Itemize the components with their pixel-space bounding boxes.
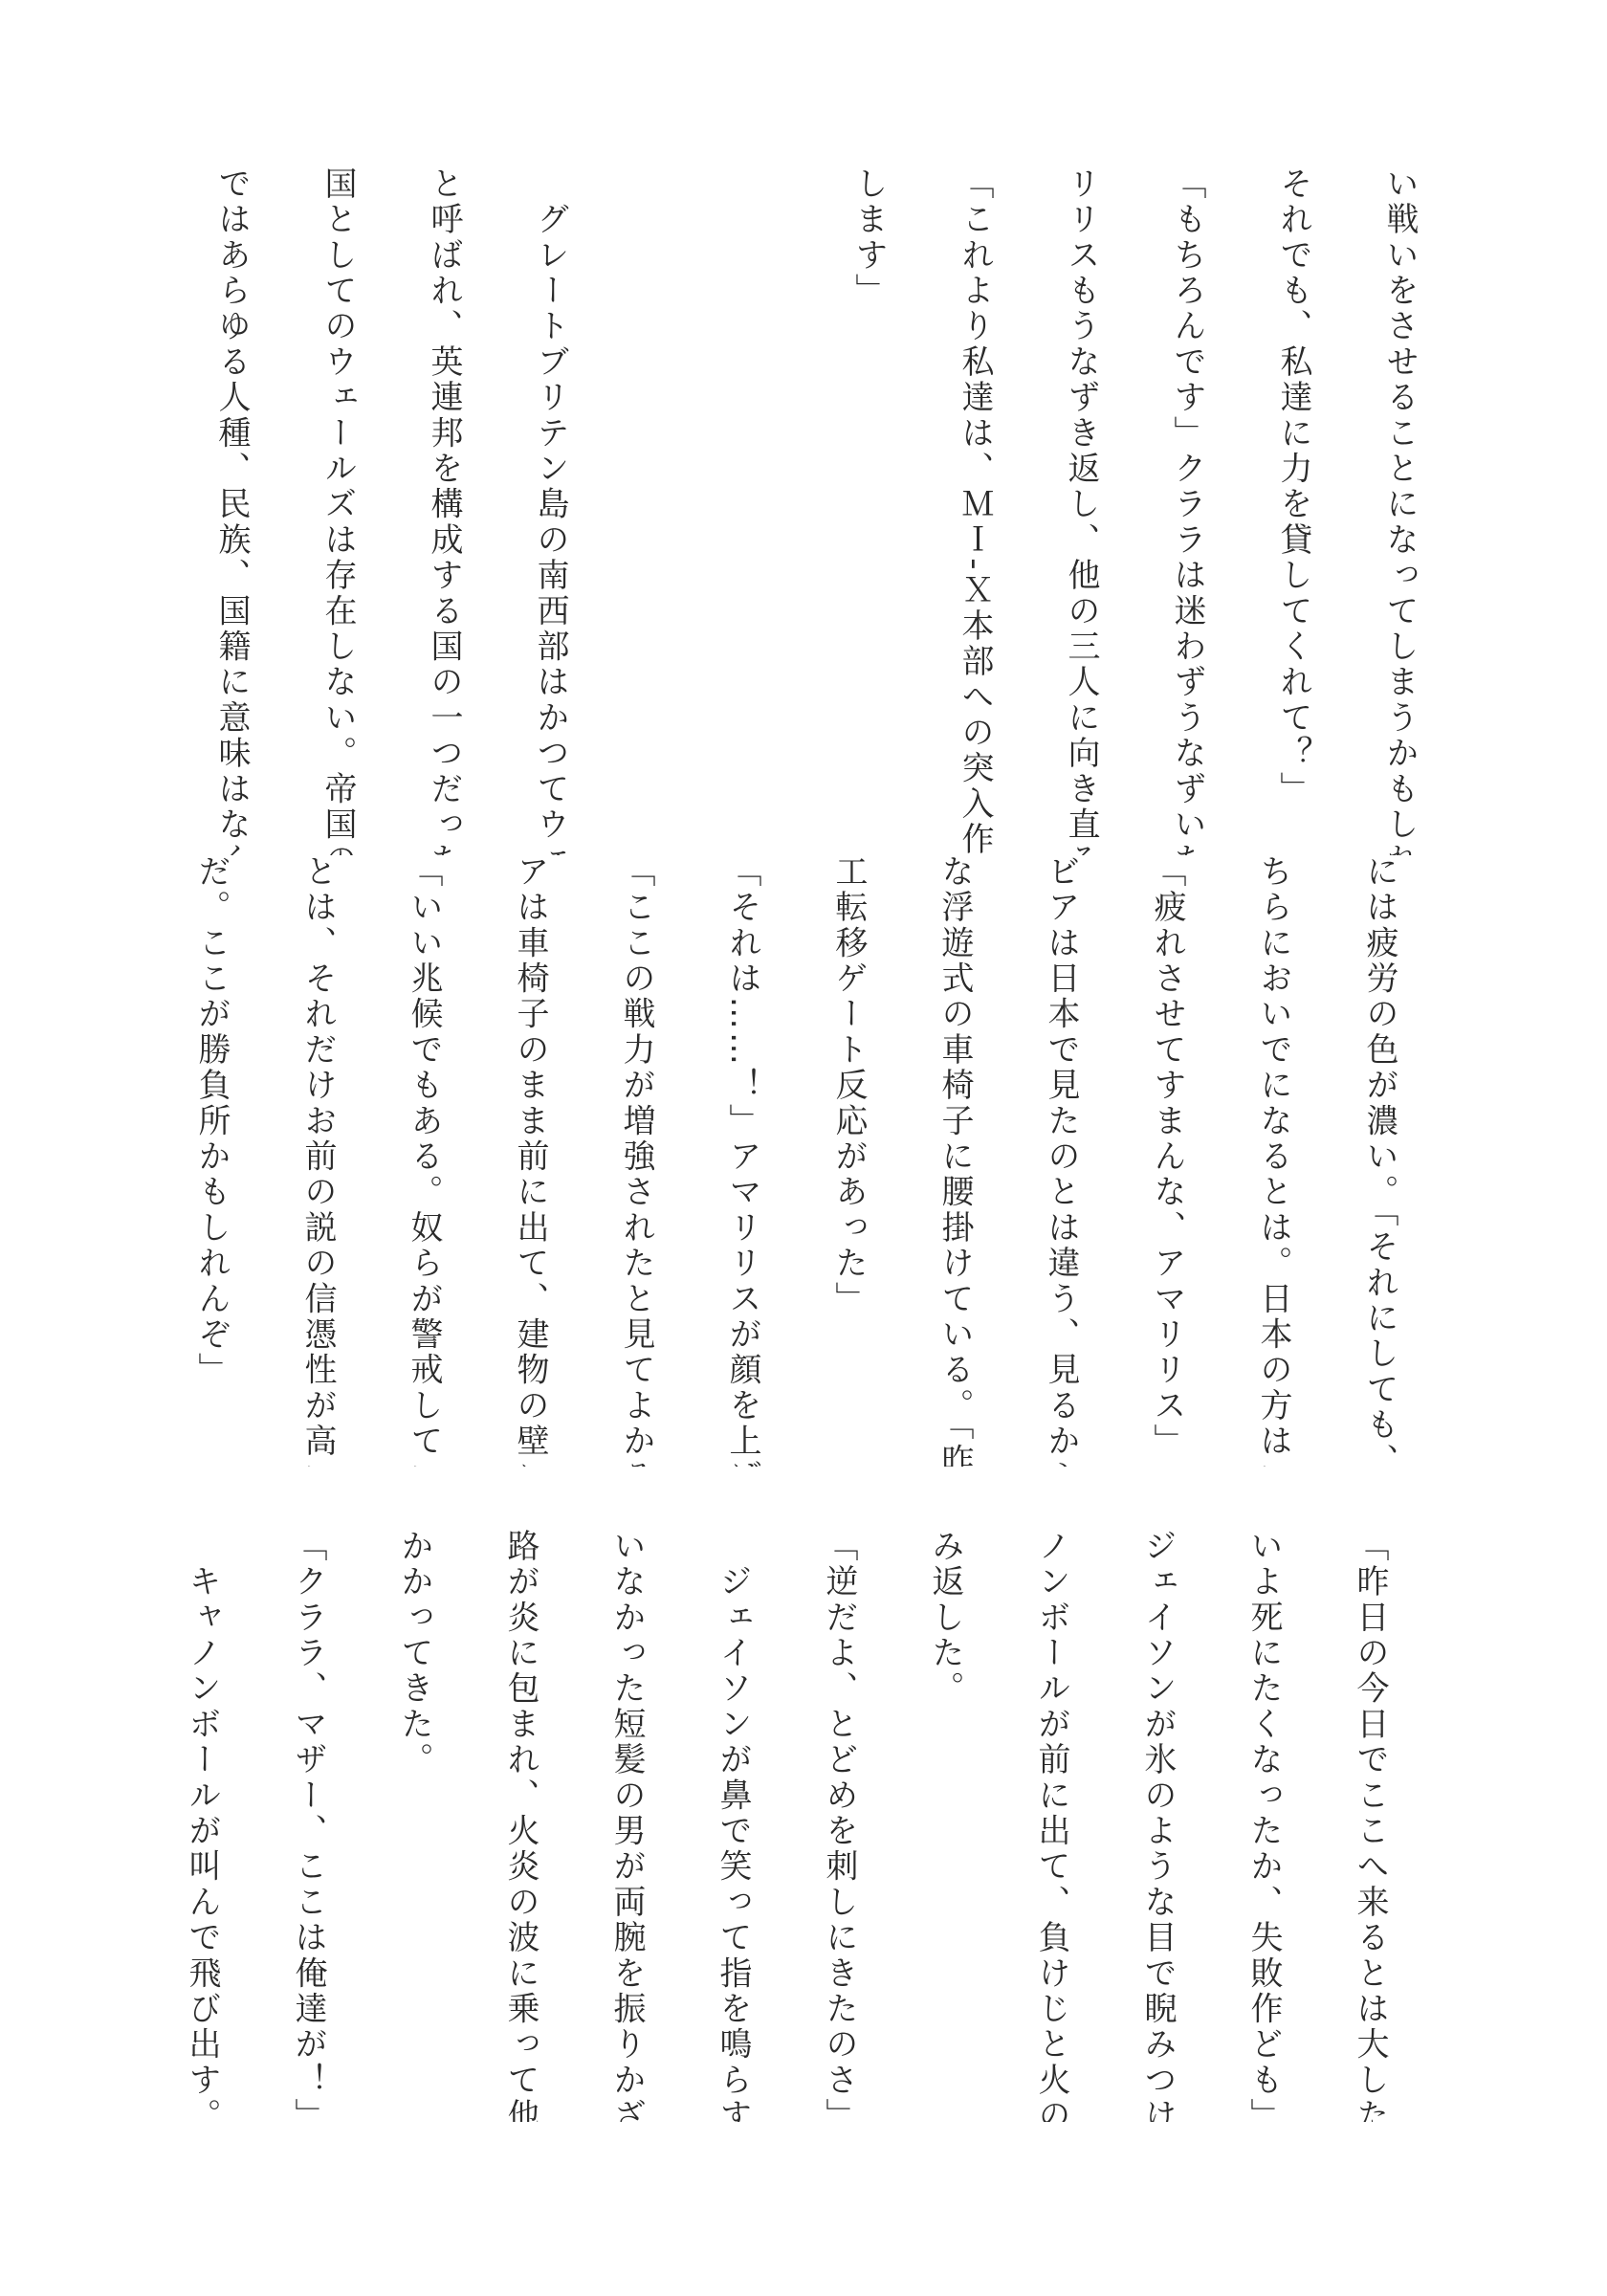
text-line: い戦いをさせることになってしまうかもしれない。 <box>1381 166 1417 855</box>
text-line: ジェイソンが氷のような目で睨みつけてくる。キャ <box>1139 1529 1175 2122</box>
text-line: かかってきた。 <box>396 1529 431 2122</box>
blank-line <box>638 166 673 855</box>
text-line: ノンボールが前に出て、負けじと火のような目で睨 <box>1033 1529 1068 2122</box>
text-block-bottom: 「昨日の今日でここへ来るとは大した度胸だ。いよ いよ死にたくなったか、失敗作ども… <box>138 1529 1458 2122</box>
text-line: ちらにおいでになるとは。日本の方はいいのですか」 <box>1255 854 1290 1467</box>
text-line: ビアは日本で見たのとは違う、見るからに頑丈そう <box>1043 854 1078 1467</box>
text-line: には疲労の色が濃い。「それにしても、マザー自らこ <box>1361 854 1397 1467</box>
text-line: み返した。 <box>927 1529 962 2122</box>
text-line: 「これより私達は、ＭＩ-Ｘ本部への突入作戦を敢行 <box>957 166 992 855</box>
text-line: ではあらゆる人種、民族、国籍に意味はなく、万民 <box>213 166 249 855</box>
text-line: 「昨日の今日でここへ来るとは大した度胸だ。いよ <box>1352 1529 1387 2122</box>
text-line: グレートブリテン島の南西部はかつてウェールズ <box>532 166 567 855</box>
text-line: いなかった短髪の男が両腕を振りかざす。一瞬で通 <box>608 1529 644 2122</box>
text-line: アは車椅子のまま前に出て、建物の壁に手を当てた。 <box>512 854 547 1467</box>
text-line: 「クララ、マザー、ここは俺達が！」 <box>290 1529 325 2122</box>
text-block-middle: には疲労の色が濃い。「それにしても、マザー自らこ ちらにおいでになるとは。日本の… <box>147 854 1467 1467</box>
text-line: いよ死にたくなったか、失敗作ども」コマンダー・ <box>1245 1529 1281 2122</box>
blank-line <box>744 166 780 855</box>
text-line: 「もちろんです」クララは迷わずうなずいた。アマ <box>1169 166 1204 855</box>
text-line: と呼ばれ、英連邦を構成する国の一つだった。今、 <box>426 166 461 855</box>
text-block-top: い戦いをさせることになってしまうかもしれない。 それでも、私達に力を貸してくれて… <box>167 166 1487 855</box>
book-page: い戦いをさせることになってしまうかもしれない。 それでも、私達に力を貸してくれて… <box>0 0 1607 2296</box>
text-line: ジェイソンが鼻で笑って指を鳴らすと、この前は <box>715 1529 750 2122</box>
text-line: 路が炎に包まれ、火炎の波に乗って他の五人が襲い <box>502 1529 538 2122</box>
text-line: 「それは……！」アマリリスが顔を上げる。 <box>724 854 759 1467</box>
text-line: 「疲れさせてすまんな、アマリリス」マザー・ゼノ <box>1149 854 1184 1467</box>
text-line: 国としてのウェールズは存在しない。帝国の統治下 <box>319 166 355 855</box>
text-line: な浮遊式の車椅子に腰掛けている。「昨晩、皇居で人 <box>936 854 972 1467</box>
text-line: します」 <box>850 166 886 855</box>
text-line: それでも、私達に力を貸してくれて？」 <box>1275 166 1310 855</box>
text-line: 「逆だよ、とどめを刺しにきたのさ」 <box>821 1529 856 2122</box>
text-line: だ。ここが勝負所かもしれんぞ」 <box>193 854 229 1467</box>
text-line: 「いい兆候でもある。奴らが警戒しているということ <box>406 854 441 1467</box>
text-line: 工転移ゲート反応があった」 <box>830 854 866 1467</box>
text-line: とは、それだけお前の説の信憑性が高いということ <box>299 854 335 1467</box>
text-line: 「ここの戦力が増強されたと見てよかろう」ゼノビ <box>618 854 653 1467</box>
text-line: キャノンボールが叫んで飛び出す。テクノクラー <box>184 1529 219 2122</box>
text-line: リリスもうなずき返し、他の三人に向き直る。 <box>1063 166 1098 855</box>
